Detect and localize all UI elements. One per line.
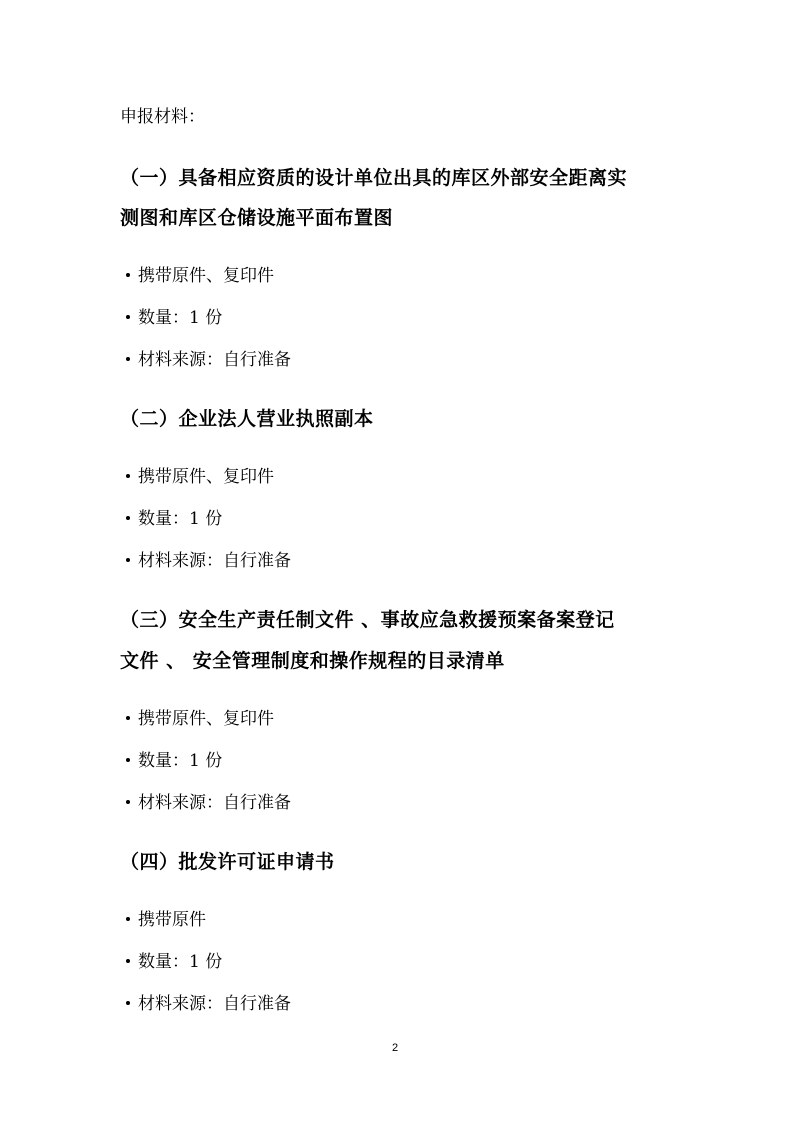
section-3-bullet-1: 携带原件、复印件 (126, 707, 274, 731)
section-4-bullet-1: 携带原件 (126, 908, 206, 932)
bullet-icon (126, 558, 130, 562)
section-2-bullet-1: 携带原件、复印件 (126, 465, 274, 489)
section-3-heading-line2: 文件 、 安全管理制度和操作规程的目录清单 (120, 640, 680, 682)
bullet-icon (126, 716, 130, 720)
section-3-heading-line1: （三）安全生产责任制文件 、事故应急救援预案备案登记 (120, 599, 680, 641)
bullet-icon (126, 315, 130, 319)
bullet-icon (126, 357, 130, 361)
intro-label: 申报材料： (120, 105, 205, 129)
section-1-heading-line1: （一）具备相应资质的设计单位出具的库区外部安全距离实 (120, 157, 680, 199)
bullet-icon (126, 474, 130, 478)
section-2-bullet-3: 材料来源：自行准备 (126, 549, 291, 573)
bullet-icon (126, 1001, 130, 1005)
section-3-bullet-2: 数量：1 份 (126, 749, 222, 773)
section-2-bullet-2: 数量：1 份 (126, 507, 222, 531)
document-page: 申报材料： （一）具备相应资质的设计单位出具的库区外部安全距离实 测图和库区仓储… (0, 0, 793, 1122)
bullet-icon (126, 516, 130, 520)
section-4-bullet-2: 数量：1 份 (126, 950, 222, 974)
bullet-icon (126, 758, 130, 762)
bullet-icon (126, 959, 130, 963)
section-2-heading: （二）企业法人营业执照副本 (120, 398, 680, 440)
section-1-heading-line2: 测图和库区仓储设施平面布置图 (120, 197, 680, 239)
section-1-bullet-1: 携带原件、复印件 (126, 264, 274, 288)
page-number: 2 (392, 1042, 398, 1054)
bullet-icon (126, 273, 130, 277)
bullet-icon (126, 800, 130, 804)
section-1-bullet-2: 数量：1 份 (126, 306, 222, 330)
section-1-bullet-3: 材料来源：自行准备 (126, 348, 291, 372)
section-3-bullet-3: 材料来源：自行准备 (126, 791, 291, 815)
section-4-heading: （四）批发许可证申请书 (120, 841, 680, 883)
bullet-icon (126, 917, 130, 921)
section-4-bullet-3: 材料来源：自行准备 (126, 992, 291, 1016)
